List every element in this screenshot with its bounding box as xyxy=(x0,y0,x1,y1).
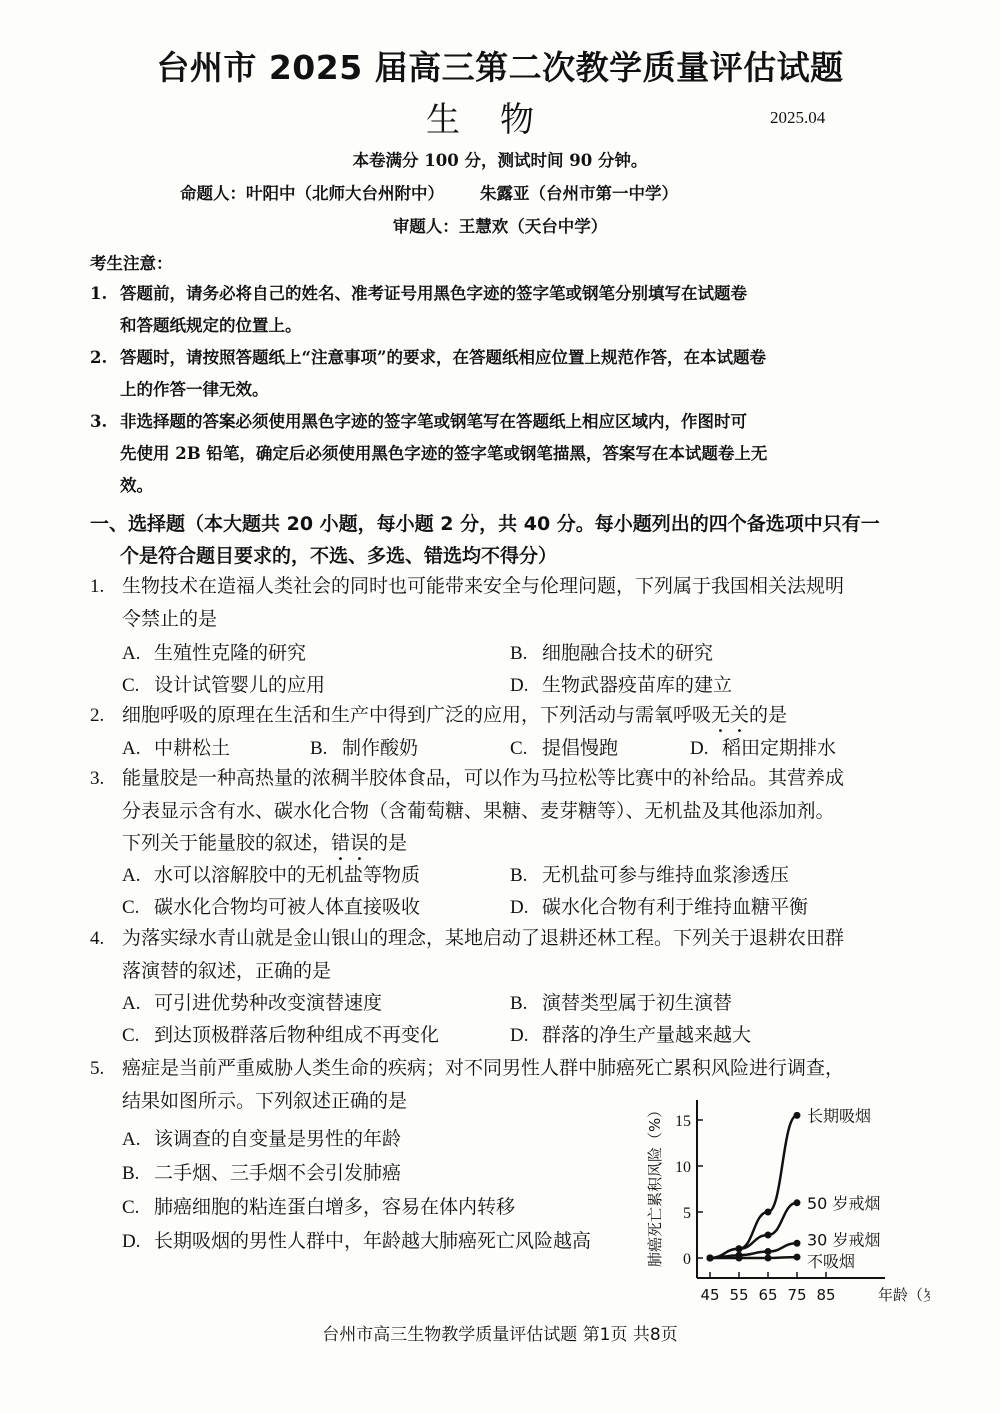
reviewer: 审题人：王慧欢（天台中学） xyxy=(0,213,1000,237)
q2-option-c[interactable]: C.提倡慢跑 xyxy=(510,733,618,760)
series-line xyxy=(710,1257,797,1258)
question-3: 3.能量胶是一种高热量的浓稠半胶体食品，可以作为马拉松等比赛中的补给品。其营养成… xyxy=(90,762,920,865)
question-1: 1.生物技术在造福人类社会的同时也可能带来安全与伦理问题，下列属于我国相关法规明… xyxy=(90,570,920,635)
q4-option-a[interactable]: A.可引进优势种改变演替速度 xyxy=(122,988,382,1015)
author-1: 命题人：叶阳中（北师大台州附中） xyxy=(180,180,444,204)
q4-option-c[interactable]: C.到达顶极群落后物种组成不再变化 xyxy=(122,1020,439,1047)
subject-title: 生物 xyxy=(0,92,1000,141)
data-point xyxy=(765,1255,772,1262)
notice-item-2: 2.答题时，请按照答题纸上“注意事项”的要求，在答题纸相应位置上规范作答，在本试… xyxy=(90,342,910,406)
q2-option-b[interactable]: B.制作酸奶 xyxy=(310,733,418,760)
q5-option-b[interactable]: B.二手烟、三手烟不会引发肺癌 xyxy=(122,1158,401,1185)
exam-info: 本卷满分 100 分，测试时间 90 分钟。 xyxy=(0,147,1000,171)
series-label: 不吸烟 xyxy=(807,1252,855,1271)
question-2: 2.细胞呼吸的原理在生活和生产中得到广泛的应用，下列活动与需氧呼吸无关的是 xyxy=(90,699,920,737)
page-footer: 台州市高三生物教学质量评估试题 第1页 共8页 xyxy=(0,1320,1000,1345)
exam-date: 2025.04 xyxy=(770,108,825,128)
lung-cancer-risk-chart: 0510154555657585年龄（岁）肺癌死亡累积风险（%）长期吸烟50 岁… xyxy=(640,1095,930,1310)
series-label: 30 岁戒烟 xyxy=(807,1230,880,1249)
exam-title: 台州市 2025 届高三第二次教学质量评估试题 xyxy=(0,42,1000,89)
notice-item-1: 1.答题前，请务必将自己的姓名、准考证号用黑色字迹的签字笔或钢笔分别填写在试题卷… xyxy=(90,278,910,342)
q2-option-d[interactable]: D.稻田定期排水 xyxy=(690,733,836,760)
data-point xyxy=(736,1245,743,1252)
data-point xyxy=(765,1248,772,1255)
notice-item-3: 3.非选择题的答案必须使用黑色字迹的签字笔或钢笔写在答题纸上相应区域内，作图时可… xyxy=(90,406,910,502)
x-tick-label: 65 xyxy=(758,1286,777,1304)
author-2: 朱露亚（台州市第一中学） xyxy=(480,180,678,204)
q1-option-d[interactable]: D.生物武器疫苗库的建立 xyxy=(510,670,732,697)
data-point xyxy=(765,1232,772,1239)
notice-heading: 考生注意： xyxy=(90,250,173,274)
section-heading: 一、选择题（本大题共 20 小题，每小题 2 分，共 40 分。每小题列出的四个… xyxy=(90,508,910,572)
data-point xyxy=(794,1199,801,1206)
data-point xyxy=(736,1255,743,1262)
q4-option-d[interactable]: D.群落的净生产量越来越大 xyxy=(510,1020,751,1047)
question-4: 4.为落实绿水青山就是金山银山的理念，某地启动了退耕还林工程。下列关于退耕农田群… xyxy=(90,922,920,987)
q4-option-b[interactable]: B.演替类型属于初生演替 xyxy=(510,988,732,1015)
data-point xyxy=(794,1254,801,1261)
data-point xyxy=(794,1112,801,1119)
series-label: 50 岁戒烟 xyxy=(807,1194,880,1213)
y-tick-label: 0 xyxy=(683,1251,691,1268)
q3-option-b[interactable]: B.无机盐可参与维持血浆渗透压 xyxy=(510,860,789,887)
y-tick-label: 15 xyxy=(675,1113,691,1130)
q5-option-d[interactable]: D.长期吸烟的男性人群中，年龄越大肺癌死亡风险越高 xyxy=(122,1226,591,1253)
data-point xyxy=(794,1240,801,1247)
q1-option-a[interactable]: A.生殖性克隆的研究 xyxy=(122,638,306,665)
chart-svg: 0510154555657585年龄（岁）肺癌死亡累积风险（%）长期吸烟50 岁… xyxy=(640,1095,930,1310)
x-tick-label: 75 xyxy=(787,1286,806,1304)
exam-page: 台州市 2025 届高三第二次教学质量评估试题 生物 2025.04 本卷满分 … xyxy=(0,0,1000,1413)
x-axis-label: 年龄（岁） xyxy=(878,1286,930,1304)
data-point xyxy=(707,1255,714,1262)
series-line xyxy=(710,1243,797,1258)
y-axis-label: 肺癌死亡累积风险（%） xyxy=(646,1103,664,1267)
series-line xyxy=(710,1115,797,1258)
y-tick-label: 10 xyxy=(675,1159,691,1176)
emphasized-text: 错误 xyxy=(331,832,369,854)
q2-option-a[interactable]: A.中耕松土 xyxy=(122,733,230,760)
x-tick-label: 45 xyxy=(700,1286,719,1304)
q1-option-b[interactable]: B.细胞融合技术的研究 xyxy=(510,638,713,665)
data-point xyxy=(765,1209,772,1216)
emphasized-text: 无关 xyxy=(711,704,749,726)
series-label: 长期吸烟 xyxy=(807,1106,871,1125)
q5-option-c[interactable]: C.肺癌细胞的粘连蛋白增多，容易在体内转移 xyxy=(122,1192,515,1219)
y-tick-label: 5 xyxy=(683,1205,691,1222)
x-tick-label: 55 xyxy=(729,1286,748,1304)
q1-option-c[interactable]: C.设计试管婴儿的应用 xyxy=(122,670,325,697)
q3-option-d[interactable]: D.碳水化合物有利于维持血糖平衡 xyxy=(510,892,808,919)
q3-option-c[interactable]: C.碳水化合物均可被人体直接吸收 xyxy=(122,892,420,919)
q3-option-a[interactable]: A.水可以溶解胶中的无机盐等物质 xyxy=(122,860,420,887)
q5-option-a[interactable]: A.该调查的自变量是男性的年龄 xyxy=(122,1124,401,1151)
x-tick-label: 85 xyxy=(816,1286,835,1304)
